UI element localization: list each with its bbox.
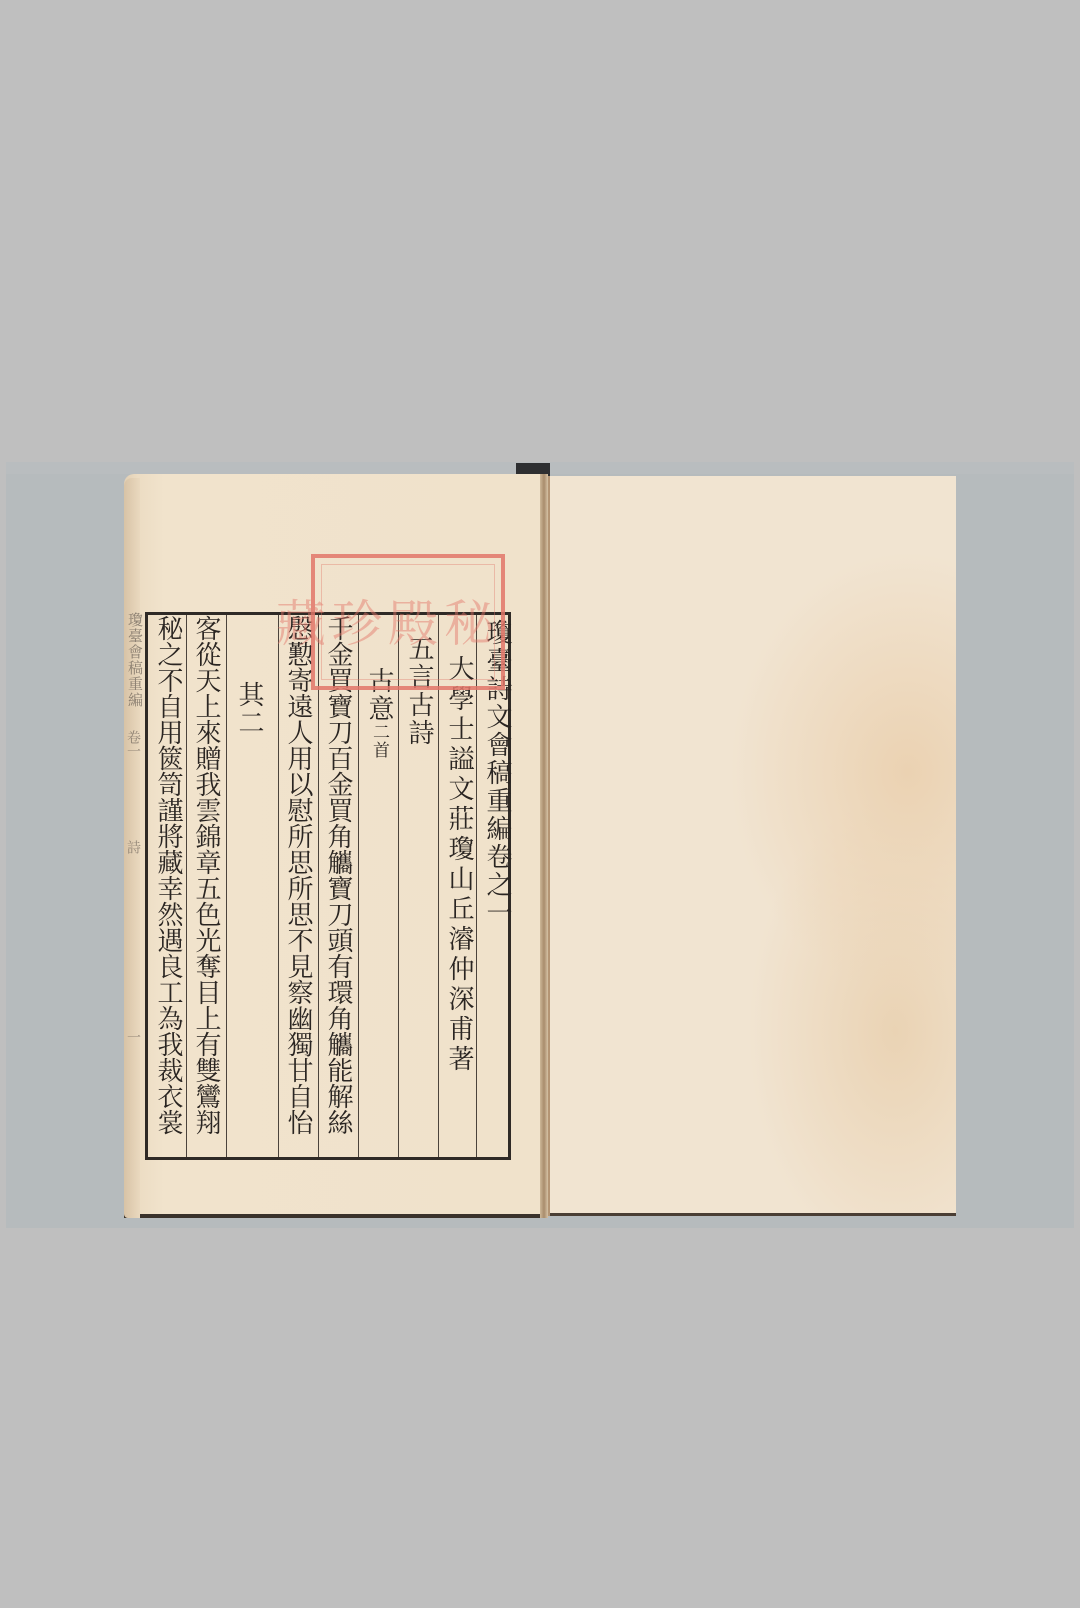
red-seal-stamp: 秘 殿 珍 藏 <box>311 554 505 690</box>
gutter-fold <box>540 474 548 1218</box>
column-rule <box>278 615 279 1157</box>
fore-edge-volume: 卷一 <box>127 730 143 758</box>
column-rule <box>438 615 439 1157</box>
column-rule <box>186 615 187 1157</box>
poem2-line2: 秘之不自用篋笥謹將藏幸然遇良工為我裁衣裳 <box>150 615 186 1135</box>
poem2-title: 其二 <box>230 681 268 737</box>
poem-count-note: 二首 <box>369 723 389 759</box>
column-rule <box>398 615 399 1157</box>
author-column: 大學士謚文莊瓊山丘濬仲深甫著 <box>440 655 478 1075</box>
seal-glyphs: 秘 殿 珍 藏 <box>323 566 493 678</box>
column-rule <box>226 615 227 1157</box>
fore-edge-title: 瓊臺會稿重編 <box>126 612 144 708</box>
seal-glyph: 藏 <box>269 566 325 678</box>
poem1-line1: 千金買寶刀百金買角觿寶刀頭有環角觿能解絲 <box>320 615 356 1135</box>
seal-glyph: 珍 <box>325 566 381 678</box>
printed-text-frame: 瓊臺詩文會稿重編卷之一 大學士謚文莊瓊山丘濬仲深甫著 五言古詩 古意二首 千金買… <box>145 612 511 1160</box>
seal-glyph: 秘 <box>437 566 493 678</box>
poem2-line1: 客從天上來贈我雲錦章五色光奪目上有雙鸞翔 <box>188 615 224 1135</box>
poem1-line2: 慇懃寄遠人用以慰所思所思不見察幽獨甘自怡 <box>280 615 316 1135</box>
fore-edge-section: 詩 <box>127 840 143 854</box>
fore-edge-leaf: 一 <box>127 1030 143 1044</box>
seal-glyph: 殿 <box>381 566 437 678</box>
column-rule <box>318 615 319 1157</box>
column-rule <box>358 615 359 1157</box>
right-page-blank <box>548 476 956 1216</box>
